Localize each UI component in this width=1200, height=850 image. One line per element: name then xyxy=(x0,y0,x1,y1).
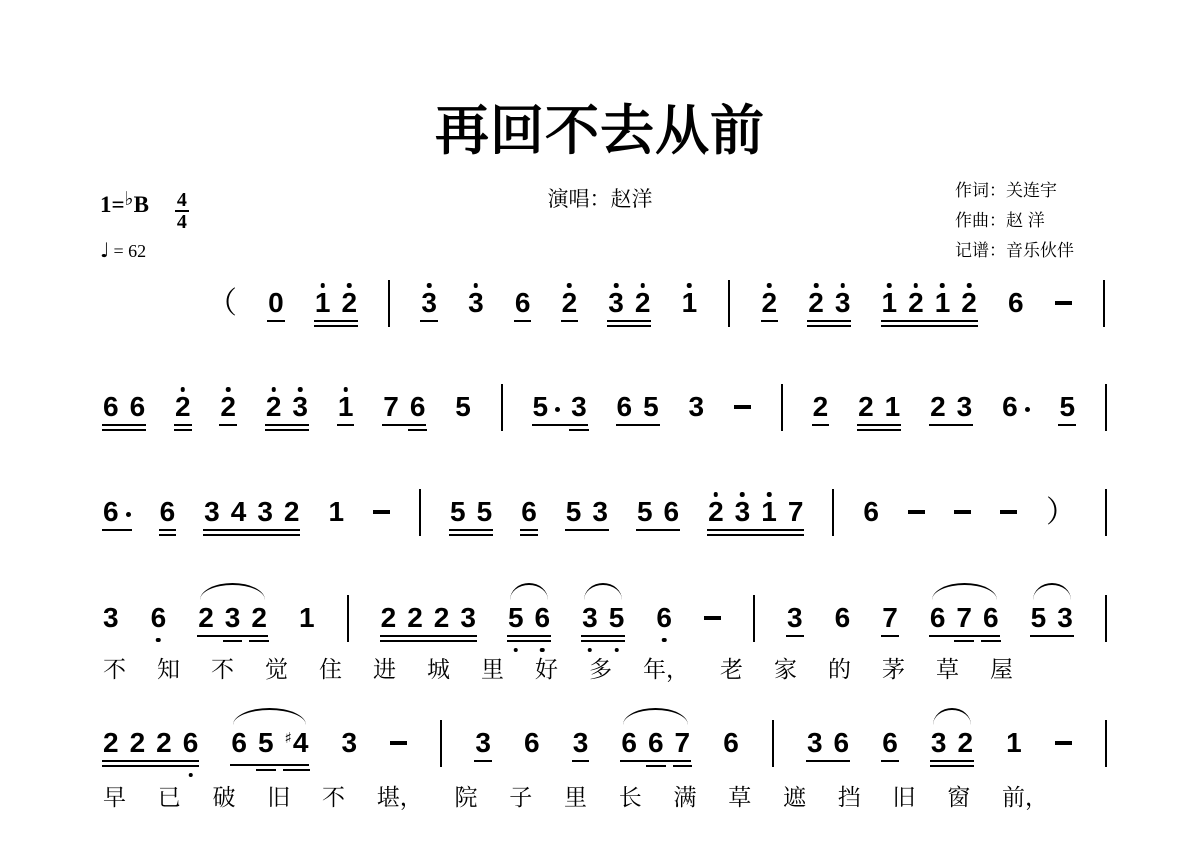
sheet-page: 再回不去从前 演唱：赵洋 作词：关连宇 作曲：赵 洋 记谱：音乐伙伴 1=♭B … xyxy=(0,0,1200,850)
beam-line-1 xyxy=(219,424,237,426)
note-row: 3 xyxy=(103,604,119,632)
beam-line-1 xyxy=(174,424,192,426)
note-group: 36 xyxy=(807,729,849,757)
octave-dot-high xyxy=(914,283,919,288)
note-group: 3 xyxy=(689,393,705,421)
beam-line-2 xyxy=(581,640,625,642)
beam-line-1 xyxy=(565,529,609,531)
note-row: 5 xyxy=(455,393,471,421)
note: 5 xyxy=(450,498,466,526)
note-group: 55 xyxy=(450,498,492,526)
note: 3 xyxy=(582,604,598,632)
note-group: 23 xyxy=(266,393,308,421)
lyric-syllable: 院 xyxy=(455,779,478,812)
beam-line-2 xyxy=(881,325,978,327)
lyric-syllable: 遮 xyxy=(783,779,806,812)
duration-dash xyxy=(373,510,390,514)
beam-line-1 xyxy=(581,635,625,637)
note-row: 23 xyxy=(266,393,308,421)
lyric-syllable: 堪， xyxy=(377,779,423,812)
note-row: 56 xyxy=(508,604,550,632)
note: 3 xyxy=(468,289,484,317)
note: 2 xyxy=(266,393,282,421)
note: 6 xyxy=(664,498,680,526)
beam-line-1 xyxy=(1030,635,1074,637)
note-row: 23 xyxy=(808,289,850,317)
note: 3 xyxy=(957,393,973,421)
note: 3 xyxy=(571,393,587,421)
note-row: 6 xyxy=(524,729,540,757)
beam-line-1 xyxy=(520,529,538,531)
lyric-syllable: 觉 xyxy=(265,651,288,684)
note-row: 6 xyxy=(723,729,739,757)
note-group: 3 xyxy=(475,729,491,757)
note: 1 xyxy=(338,393,354,421)
lyric-syllable: 住 xyxy=(319,651,342,684)
note-group: 6 xyxy=(1008,289,1024,317)
octave-dot-high xyxy=(474,283,479,288)
note-row: 667 xyxy=(621,729,690,757)
barline xyxy=(1105,489,1107,536)
note: 6 xyxy=(524,729,540,757)
note-row: 6 xyxy=(521,498,537,526)
octave-dot-high xyxy=(343,387,348,392)
barline xyxy=(832,489,834,536)
note-group: 5 xyxy=(455,393,471,421)
lyric-syllable: 旧 xyxy=(893,779,916,812)
octave-dot-high xyxy=(181,387,186,392)
note: 3 xyxy=(460,604,476,632)
note: 3 xyxy=(689,393,705,421)
beam-line-1 xyxy=(930,760,974,762)
note: 6 xyxy=(130,393,146,421)
lyric-syllable: 早 xyxy=(103,779,126,812)
note-row: 53 xyxy=(566,498,608,526)
note-group: 3 xyxy=(103,604,119,632)
beam-line-2 xyxy=(203,534,300,536)
note-group: 66 xyxy=(103,393,145,421)
octave-dot-high xyxy=(740,492,745,497)
music-line-5: 222665♯433636676366321 xyxy=(103,729,1107,759)
beam-line-1 xyxy=(616,424,660,426)
song-title: 再回不去从前 xyxy=(0,88,1200,165)
music-line-1: （012336232122312126 xyxy=(207,289,1105,319)
octave-dot-low xyxy=(188,773,193,778)
beam-line-1 xyxy=(1058,424,1076,426)
beam-line-1 xyxy=(561,320,579,322)
lyric-syllable: 破 xyxy=(213,779,236,812)
beam-line-1 xyxy=(881,320,978,322)
note: 6 xyxy=(151,604,167,632)
octave-dot-high xyxy=(347,283,352,288)
note-group: 1 xyxy=(682,289,698,317)
beam-line-2 xyxy=(646,765,666,767)
credit-lyricist: 作词：关连宇 xyxy=(955,176,1074,206)
slur-arc xyxy=(233,708,306,725)
lyric-syllable: 长 xyxy=(619,779,642,812)
note: 3 xyxy=(931,729,947,757)
duration-dash xyxy=(1055,741,1072,745)
note-row: 53 xyxy=(533,393,587,421)
note-row: 2 xyxy=(813,393,829,421)
note-row: 32 xyxy=(931,729,973,757)
barline xyxy=(728,280,730,327)
beam-line-1 xyxy=(197,635,268,637)
note-row: 6 xyxy=(882,729,898,757)
beam-line-1 xyxy=(102,424,146,426)
note-row: 3 xyxy=(689,393,705,421)
beam-line-2 xyxy=(507,640,551,642)
note: 6 xyxy=(535,604,551,632)
note-group: 6 xyxy=(863,498,879,526)
barline xyxy=(753,595,755,642)
credit-composer: 作曲：赵 洋 xyxy=(955,206,1074,236)
note-row: 6 xyxy=(151,604,167,632)
octave-dot-high xyxy=(427,283,432,288)
duration-dash xyxy=(704,616,721,620)
beam-line-1 xyxy=(474,760,492,762)
note-group: 2 xyxy=(762,289,778,317)
octave-dot-high xyxy=(226,387,231,392)
note: 5 xyxy=(258,729,274,761)
note: 0 xyxy=(268,289,284,317)
lyric-syllable: 的 xyxy=(828,651,851,684)
beam-line-1 xyxy=(267,320,285,322)
note-row: 7 xyxy=(882,604,898,632)
note: 2 xyxy=(808,289,824,317)
beam-line-1 xyxy=(812,424,830,426)
note: 6 xyxy=(183,729,199,757)
note-group: 6 xyxy=(160,498,176,526)
note: 6 xyxy=(835,604,851,632)
lyric-syllable: 满 xyxy=(674,779,697,812)
beam-line-2 xyxy=(673,765,693,767)
note: 1 xyxy=(299,604,315,632)
note-row: 65♯4 xyxy=(231,729,308,761)
note: 2 xyxy=(381,604,397,632)
lyric-syllable: 进 xyxy=(373,651,396,684)
note-group: 6 xyxy=(524,729,540,757)
octave-dot-high xyxy=(714,492,719,497)
note-row: 6 xyxy=(515,289,531,317)
augmentation-dot xyxy=(555,407,560,412)
octave-dot-high xyxy=(840,283,845,288)
duration-dash xyxy=(954,510,971,514)
beam-line-1 xyxy=(857,424,901,426)
note-row: 23 xyxy=(930,393,972,421)
note: 6 xyxy=(1008,289,1024,317)
slur-arc xyxy=(584,583,622,600)
slur-arc xyxy=(932,583,997,600)
note-group: 6 xyxy=(1002,393,1030,421)
note-group: 65 xyxy=(617,393,659,421)
lyric-syllable: 老 xyxy=(720,651,743,684)
lyric-syllable: 多 xyxy=(589,651,612,684)
note-row: 53 xyxy=(1031,604,1073,632)
note: 2 xyxy=(130,729,146,757)
note-row: 6 xyxy=(656,604,672,632)
octave-dot-high xyxy=(687,283,692,288)
beam-line-1 xyxy=(707,529,804,531)
barline xyxy=(1105,595,1107,642)
note: 6 xyxy=(103,393,119,421)
beam-line-1 xyxy=(265,424,309,426)
note: 2 xyxy=(908,289,924,317)
octave-dot-low xyxy=(156,638,161,643)
note-row: 6 xyxy=(160,498,176,526)
octave-dot-low xyxy=(662,638,667,643)
note-row: 6 xyxy=(863,498,879,526)
beam-line-2 xyxy=(857,429,901,431)
octave-dot-high xyxy=(298,387,303,392)
note: 1 xyxy=(682,289,698,317)
note: 3 xyxy=(807,729,823,757)
note-row: 2223 xyxy=(381,604,476,632)
note: 3 xyxy=(735,498,751,526)
note-row: 3 xyxy=(468,289,484,317)
beam-line-2 xyxy=(314,325,358,327)
beam-line-1 xyxy=(102,760,199,762)
barline xyxy=(1103,280,1105,327)
beam-line-1 xyxy=(807,320,851,322)
note-row: 1 xyxy=(328,498,344,526)
octave-dot-high xyxy=(967,283,972,288)
augmentation-dot xyxy=(126,512,131,517)
beam-line-2 xyxy=(449,534,493,536)
meter-denominator: 4 xyxy=(175,212,189,232)
lyric-syllable: 里 xyxy=(481,651,504,684)
note: 6 xyxy=(723,729,739,757)
lyric-syllable: 挡 xyxy=(838,779,861,812)
note: 3 xyxy=(342,729,358,757)
note: 6 xyxy=(656,604,672,632)
note: 6 xyxy=(834,729,850,757)
slur-arc xyxy=(1033,583,1071,600)
note-group: 23 xyxy=(808,289,850,317)
beam-line-2 xyxy=(174,429,192,431)
note-row: 6 xyxy=(1002,393,1030,421)
note: 5 xyxy=(643,393,659,421)
duration-dash xyxy=(1055,301,1072,305)
beam-line-1 xyxy=(761,320,779,322)
note: 3 xyxy=(1057,604,1073,632)
note-row: 55 xyxy=(450,498,492,526)
note-group: 676 xyxy=(930,604,999,632)
note: ♯4 xyxy=(285,729,309,761)
lyrics-line: 不知不觉住进城里好多年，老家的茅草屋 xyxy=(103,651,1013,684)
beam-line-1 xyxy=(203,529,300,531)
note: 2 xyxy=(407,604,423,632)
note: 2 xyxy=(103,729,119,757)
slur-arc xyxy=(623,708,688,725)
beam-line-1 xyxy=(314,320,358,322)
note-group: 32 xyxy=(608,289,650,317)
lyric-syllable: 已 xyxy=(158,779,181,812)
note: 2 xyxy=(175,393,191,421)
lyric-syllable: 里 xyxy=(564,779,587,812)
beam-line-1 xyxy=(337,424,355,426)
octave-dot-high xyxy=(767,283,772,288)
augmentation-dot xyxy=(1025,407,1030,412)
note-group: 1 xyxy=(299,604,315,632)
note-group: 35 xyxy=(582,604,624,632)
lyric-syllable: 知 xyxy=(157,651,180,684)
beam-line-2 xyxy=(520,534,538,536)
beam-line-1 xyxy=(929,424,973,426)
barline xyxy=(772,720,774,767)
octave-dot-high xyxy=(320,283,325,288)
note-group: 56 xyxy=(637,498,679,526)
note-row: 66 xyxy=(103,393,145,421)
note-row: 76 xyxy=(383,393,425,421)
beam-line-1 xyxy=(929,635,1000,637)
note: 2 xyxy=(156,729,172,757)
note: 6 xyxy=(160,498,176,526)
beam-line-1 xyxy=(102,529,132,531)
note-row: 2 xyxy=(762,289,778,317)
note: 3 xyxy=(573,729,589,757)
note: 5 xyxy=(477,498,493,526)
note-row: 2 xyxy=(175,393,191,421)
note: 1 xyxy=(935,289,951,317)
note-group: 2223 xyxy=(381,604,476,632)
note-row: 3 xyxy=(787,604,803,632)
note-group: 7 xyxy=(882,604,898,632)
duration-dash xyxy=(908,510,925,514)
note-row: 3 xyxy=(573,729,589,757)
beam-line-2 xyxy=(380,640,477,642)
octave-dot-high xyxy=(940,283,945,288)
note-group: 3 xyxy=(342,729,358,757)
note-group: 6 xyxy=(103,498,131,526)
note: 5 xyxy=(455,393,471,421)
note: 6 xyxy=(863,498,879,526)
beam-line-1 xyxy=(806,760,850,762)
note-group: 65♯4 xyxy=(231,729,308,761)
note: 2 xyxy=(762,289,778,317)
note-group: 5 xyxy=(1059,393,1075,421)
note-group: 2 xyxy=(562,289,578,317)
lyric-syllable: 屋 xyxy=(990,651,1013,684)
note-group: 2226 xyxy=(103,729,198,757)
slur-arc xyxy=(933,708,971,725)
note: 5 xyxy=(533,393,561,421)
tempo-equals: = xyxy=(113,241,123,261)
note-group: 3 xyxy=(573,729,589,757)
note-row: 1 xyxy=(682,289,698,317)
note: 5 xyxy=(1059,393,1075,421)
lyric-syllable: 子 xyxy=(509,779,532,812)
note-row: 36 xyxy=(807,729,849,757)
beam-line-1 xyxy=(881,760,899,762)
note: 3 xyxy=(787,604,803,632)
octave-dot-high xyxy=(887,283,892,288)
note: 6 xyxy=(515,289,531,317)
note-row: 2317 xyxy=(708,498,803,526)
note-group: 6 xyxy=(515,289,531,317)
note: 6 xyxy=(1002,393,1030,421)
note-group: 23 xyxy=(930,393,972,421)
lyric-syllable: 旧 xyxy=(267,779,290,812)
key-signature: 1=♭B 4 4 xyxy=(100,192,189,235)
lyric-syllable: 不 xyxy=(103,651,126,684)
meter-numerator: 4 xyxy=(175,190,189,212)
barline xyxy=(347,595,349,642)
beam-line-2 xyxy=(707,534,804,536)
lyric-syllable: 不 xyxy=(211,651,234,684)
duration-dash xyxy=(390,741,407,745)
note: 2 xyxy=(708,498,724,526)
note-group: 1212 xyxy=(882,289,977,317)
note: 3 xyxy=(103,604,119,632)
beam-line-1 xyxy=(380,635,477,637)
note: 1 xyxy=(1006,729,1022,757)
note: 6 xyxy=(621,729,637,757)
note: 5 xyxy=(609,604,625,632)
note: 7 xyxy=(788,498,804,526)
octave-dot-high xyxy=(614,283,619,288)
note-group: 2 xyxy=(175,393,191,421)
note-group: 53 xyxy=(566,498,608,526)
note: 5 xyxy=(1031,604,1047,632)
tempo-bpm: 62 xyxy=(128,241,146,261)
beam-line-1 xyxy=(786,635,804,637)
note-group: 6 xyxy=(656,604,672,632)
beam-line-2 xyxy=(249,640,269,642)
note-row: 1 xyxy=(338,393,354,421)
note-row: 2226 xyxy=(103,729,198,757)
barline xyxy=(419,489,421,536)
note-row: 21 xyxy=(858,393,900,421)
note: 6 xyxy=(930,604,946,632)
lyric-syllable: 城 xyxy=(427,651,450,684)
flat-icon: ♭ xyxy=(125,188,134,210)
beam-line-1 xyxy=(620,760,691,762)
note: 5 xyxy=(566,498,582,526)
note: 2 xyxy=(198,604,214,632)
lyric-syllable: 不 xyxy=(322,779,345,812)
lyric-syllable: 好 xyxy=(535,651,558,684)
note: 1 xyxy=(885,393,901,421)
note: 2 xyxy=(251,604,267,632)
note-row: 1 xyxy=(1006,729,1022,757)
note: 5 xyxy=(508,604,524,632)
duration-dash xyxy=(734,405,751,409)
note: 3 xyxy=(608,289,624,317)
note-group: 53 xyxy=(1031,604,1073,632)
lyric-syllable: 年， xyxy=(643,651,689,684)
note-row: 232 xyxy=(198,604,267,632)
note: 5 xyxy=(637,498,653,526)
lyric-syllable: 窗 xyxy=(947,779,970,812)
beam-line-1 xyxy=(636,529,680,531)
note: 2 xyxy=(930,393,946,421)
note-group: 1 xyxy=(338,393,354,421)
beam-line-2 xyxy=(408,429,428,431)
octave-dot-high xyxy=(640,283,645,288)
note-row: 12 xyxy=(315,289,357,317)
paren-open: （ xyxy=(207,289,237,319)
note: 7 xyxy=(383,393,399,421)
beam-line-1 xyxy=(230,764,309,766)
beam-line-2 xyxy=(930,765,974,767)
sharp-icon: ♯ xyxy=(285,729,292,747)
note-group: 0 xyxy=(268,289,284,317)
beam-line-2 xyxy=(256,769,276,771)
note-group: 6 xyxy=(723,729,739,757)
note: 1 xyxy=(315,289,331,317)
note-row: 3 xyxy=(342,729,358,757)
